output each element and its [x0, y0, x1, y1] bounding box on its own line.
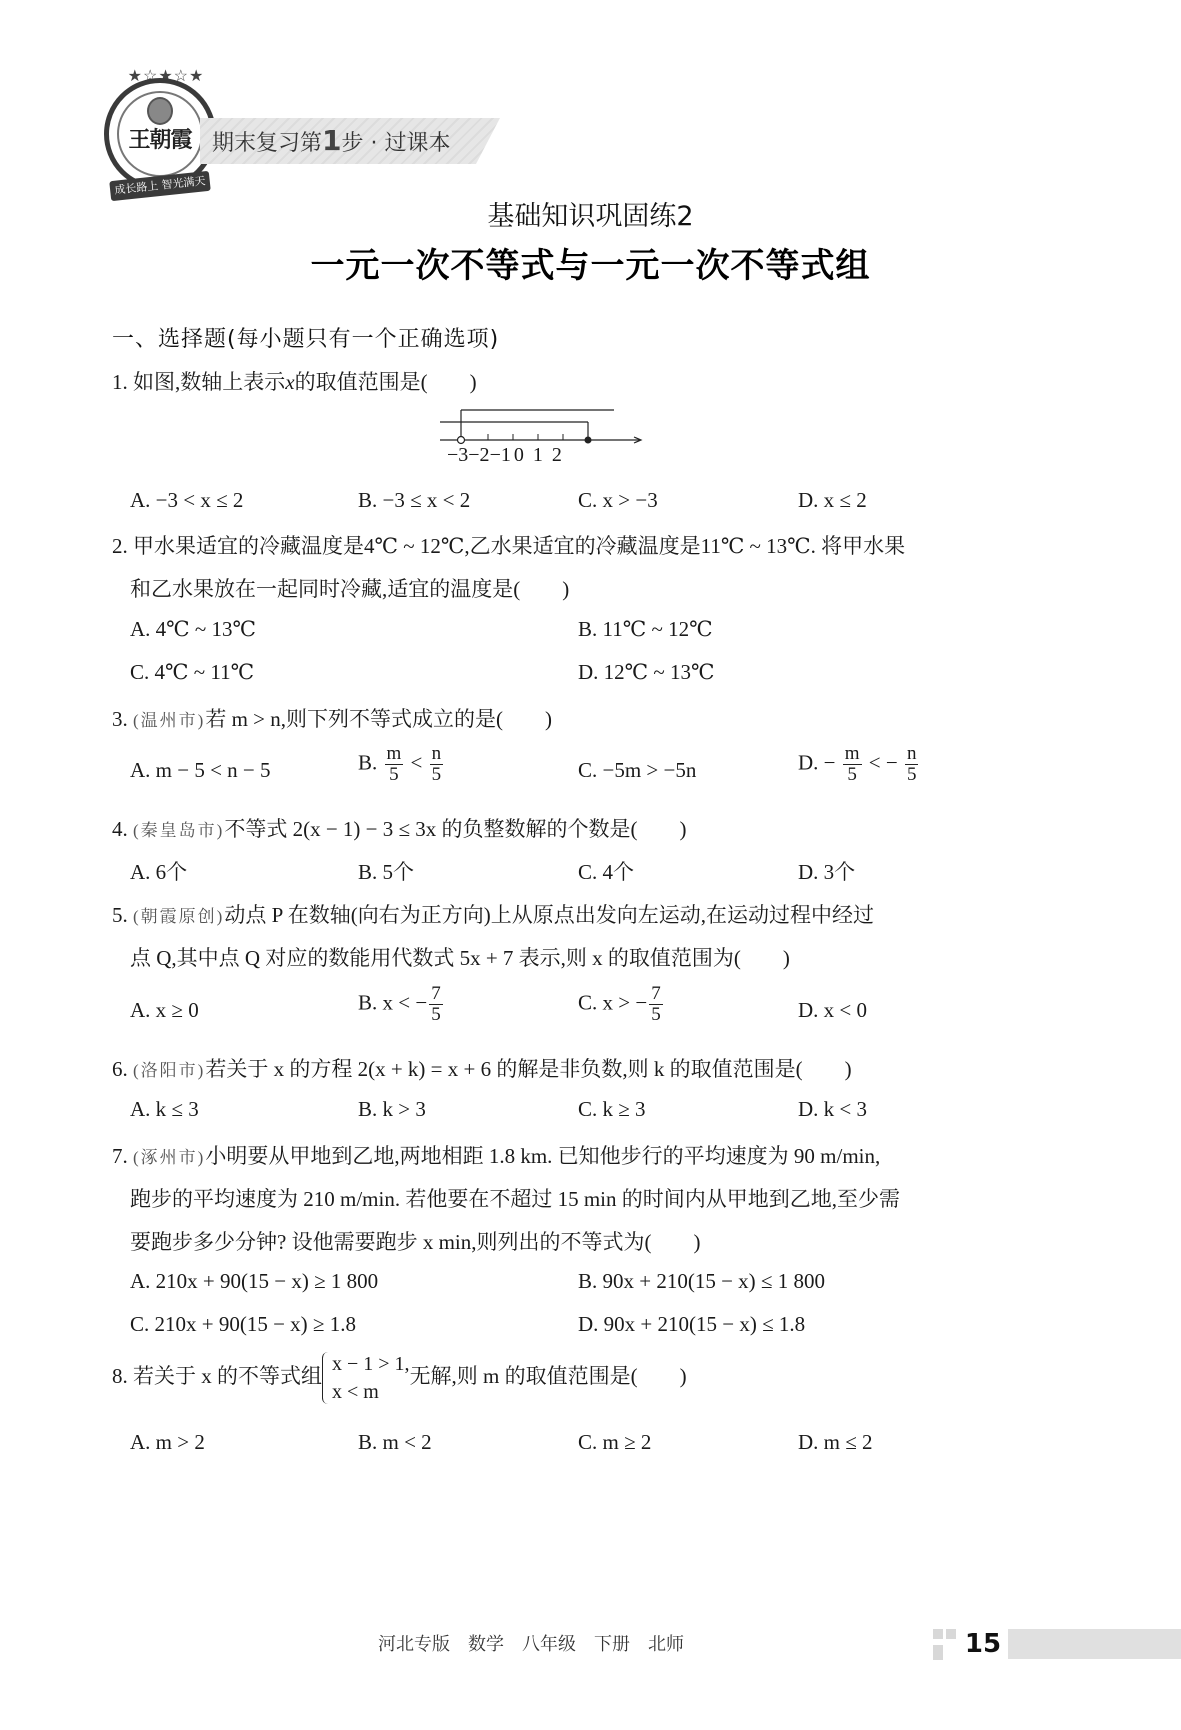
question-text: 若关于 x 的方程 2(x + k) = x + 6 的解是非负数,则 k 的取… [205, 1057, 851, 1081]
fraction: m5 [843, 744, 862, 785]
option-b[interactable]: B. k > 3 [358, 1097, 426, 1122]
tick-label: 0 [514, 444, 524, 466]
option-a[interactable]: A. m > 2 [130, 1430, 205, 1455]
page-decoration [946, 1629, 956, 1639]
portrait-icon [147, 97, 173, 125]
option-d[interactable]: D. k < 3 [798, 1097, 867, 1122]
fraction: m5 [385, 744, 404, 785]
option-a[interactable]: A. m − 5 < n − 5 [130, 758, 271, 783]
tick-label: −3 [447, 444, 468, 466]
question-number: 7. [112, 1144, 128, 1168]
option-c[interactable]: C. x > −3 [578, 488, 658, 513]
question-number: 8. [112, 1364, 128, 1388]
question-text: 甲水果适宜的冷藏温度是4℃ ~ 12℃,乙水果适宜的冷藏温度是11℃ ~ 13℃… [133, 534, 905, 558]
option-a[interactable]: A. x ≥ 0 [130, 998, 199, 1023]
question-text: 若 m > n,则下列不等式成立的是( ) [205, 707, 552, 731]
page-decoration [933, 1645, 943, 1660]
question-text: 不等式 2(x − 1) − 3 ≤ 3x 的负整数解的个数是( ) [224, 817, 686, 841]
question-5-cont: 点 Q,其中点 Q 对应的数能用代数式 5x + 7 表示,则 x 的取值范围为… [130, 942, 790, 972]
numerator: m [843, 744, 862, 765]
question-source: (涿州市) [133, 1148, 205, 1167]
option-d[interactable]: D. 90x + 210(15 − x) ≤ 1.8 [578, 1312, 805, 1337]
option-d[interactable]: D. x ≤ 2 [798, 488, 867, 513]
option-d[interactable]: D. x < 0 [798, 998, 867, 1023]
denominator: 5 [843, 765, 862, 785]
question-2: 2. 甲水果适宜的冷藏温度是4℃ ~ 12℃,乙水果适宜的冷藏温度是11℃ ~ … [112, 530, 905, 560]
question-1: 1. 如图,数轴上表示x的取值范围是( ) [112, 366, 477, 396]
option-d[interactable]: D. m ≤ 2 [798, 1430, 873, 1455]
denominator: 5 [429, 1005, 443, 1025]
banner-suffix: 步 · 过课本 [342, 131, 451, 156]
question-source: (朝霞原创) [133, 907, 224, 926]
option-b[interactable]: B. 11℃ ~ 12℃ [578, 617, 713, 642]
number-line-figure [430, 400, 670, 480]
question-8: 8. 若关于 x 的不等式组x − 1 > 1,x < m无解,则 m 的取值范… [112, 1350, 687, 1406]
denominator: 5 [385, 765, 404, 785]
banner-step-number: 1 [322, 124, 341, 157]
denominator: 5 [649, 1005, 663, 1025]
inequality: x < m [332, 1378, 410, 1406]
option-label: B. [358, 750, 377, 774]
question-text: 如图,数轴上表示 [133, 370, 285, 394]
page-title: 一元一次不等式与一元一次不等式组 [0, 238, 1181, 287]
fraction: n5 [905, 744, 919, 785]
question-3: 3. (温州市)若 m > n,则下列不等式成立的是( ) [112, 703, 552, 733]
question-7-cont: 要跑步多少分钟? 设他需要跑步 x min,则列出的不等式为( ) [130, 1226, 700, 1256]
option-a[interactable]: A. 6个 [130, 856, 187, 886]
option-b[interactable]: B. m5 < n5 [358, 744, 445, 785]
option-d[interactable]: D. 12℃ ~ 13℃ [578, 660, 715, 685]
operator: < − [869, 750, 898, 774]
numerator: m [385, 744, 404, 765]
variable: x [285, 370, 294, 394]
numerator: n [430, 744, 444, 765]
question-number: 3. [112, 707, 128, 731]
logo-name: 王朝霞 [115, 123, 205, 154]
option-c[interactable]: C. −5m > −5n [578, 758, 696, 783]
number-line-labels: −3−2−1 0 1 2 [447, 444, 562, 467]
fraction: 75 [649, 984, 663, 1025]
option-b[interactable]: B. x < −75 [358, 984, 445, 1025]
question-number: 5. [112, 903, 128, 927]
question-2-cont: 和乙水果放在一起同时冷藏,适宜的温度是( ) [130, 573, 569, 603]
option-b[interactable]: B. 90x + 210(15 − x) ≤ 1 800 [578, 1269, 825, 1294]
option-d[interactable]: D. 3个 [798, 856, 855, 886]
numerator: n [905, 744, 919, 765]
fraction: n5 [430, 744, 444, 785]
option-a[interactable]: A. 4℃ ~ 13℃ [130, 617, 256, 642]
denominator: 5 [905, 765, 919, 785]
option-b[interactable]: B. 5个 [358, 856, 414, 886]
page-subtitle: 基础知识巩固练2 [0, 194, 1181, 233]
option-c[interactable]: C. k ≥ 3 [578, 1097, 646, 1122]
operator: < [411, 750, 423, 774]
numerator: 7 [429, 984, 443, 1005]
question-source: (温州市) [133, 711, 205, 730]
tick-label: −1 [490, 444, 511, 466]
question-text: 小明要从甲地到乙地,两地相距 1.8 km. 已知他步行的平均速度为 90 m/… [205, 1144, 880, 1168]
question-number: 1. [112, 370, 128, 394]
option-label: C. x > − [578, 990, 647, 1014]
question-text: 动点 P 在数轴(向右为正方向)上从原点出发向左运动,在运动过程中经过 [224, 903, 874, 927]
question-number: 2. [112, 534, 128, 558]
tick-label: 2 [552, 444, 562, 466]
option-a[interactable]: A. k ≤ 3 [130, 1097, 199, 1122]
question-text: 若关于 x 的不等式组 [133, 1364, 322, 1388]
page-decoration [933, 1629, 943, 1639]
question-7-cont: 跑步的平均速度为 210 m/min. 若他要在不超过 15 min 的时间内从… [130, 1183, 900, 1213]
option-label: B. x < − [358, 990, 427, 1014]
option-c[interactable]: C. x > −75 [578, 984, 665, 1025]
question-6: 6. (洛阳市)若关于 x 的方程 2(x + k) = x + 6 的解是非负… [112, 1053, 852, 1083]
page-decoration-bar [1008, 1629, 1181, 1659]
option-c[interactable]: C. 4℃ ~ 11℃ [130, 660, 254, 685]
banner-prefix: 期末复习第 [212, 131, 322, 156]
option-a[interactable]: A. −3 < x ≤ 2 [130, 488, 243, 513]
option-label: D. − [798, 750, 836, 774]
option-b[interactable]: B. −3 ≤ x < 2 [358, 488, 470, 513]
option-c[interactable]: C. m ≥ 2 [578, 1430, 651, 1455]
inequality: x − 1 > 1, [332, 1350, 410, 1378]
question-text: 的取值范围是( ) [295, 370, 477, 394]
question-5: 5. (朝霞原创)动点 P 在数轴(向右为正方向)上从原点出发向左运动,在运动过… [112, 899, 874, 929]
banner-text: 期末复习第1步 · 过课本 [212, 118, 450, 164]
footer-edition: 河北专版 数学 八年级 下册 北师 [378, 1630, 684, 1656]
option-b[interactable]: B. m < 2 [358, 1430, 432, 1455]
option-c[interactable]: C. 4个 [578, 856, 634, 886]
tick-label: −2 [468, 444, 489, 466]
section-heading: 一、选择题(每小题只有一个正确选项) [112, 322, 499, 353]
question-4: 4. (秦皇岛市)不等式 2(x − 1) − 3 ≤ 3x 的负整数解的个数是… [112, 813, 687, 843]
question-source: (秦皇岛市) [133, 821, 224, 840]
denominator: 5 [430, 765, 444, 785]
numerator: 7 [649, 984, 663, 1005]
option-c[interactable]: C. 210x + 90(15 − x) ≥ 1.8 [130, 1312, 356, 1337]
question-number: 6. [112, 1057, 128, 1081]
page-number: 15 [960, 1628, 1006, 1660]
question-source: (洛阳市) [133, 1061, 205, 1080]
option-a[interactable]: A. 210x + 90(15 − x) ≥ 1 800 [130, 1269, 378, 1294]
tick-label: 1 [533, 444, 543, 466]
question-number: 4. [112, 817, 128, 841]
fraction: 75 [429, 984, 443, 1025]
option-d[interactable]: D. − m5 < − n5 [798, 744, 920, 785]
question-7: 7. (涿州市)小明要从甲地到乙地,两地相距 1.8 km. 已知他步行的平均速… [112, 1140, 880, 1170]
inequality-system: x − 1 > 1,x < m [322, 1350, 410, 1406]
question-text: 无解,则 m 的取值范围是( ) [410, 1364, 687, 1388]
